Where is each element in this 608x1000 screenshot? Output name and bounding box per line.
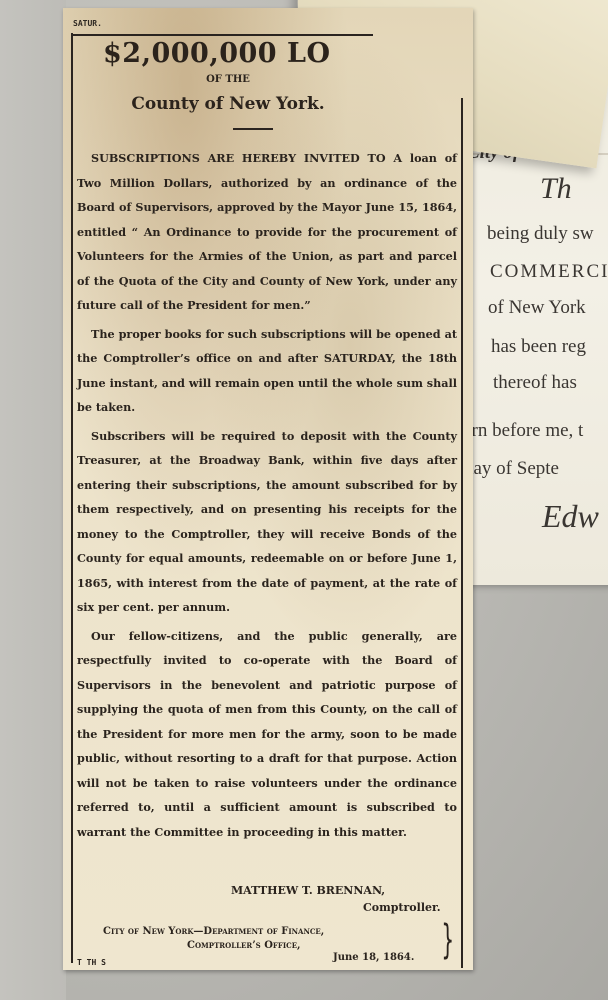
- certificate-handwritten-name: Th: [540, 172, 572, 206]
- top-rule: [73, 34, 373, 36]
- subhead: OF THE: [63, 74, 393, 85]
- paragraph-subscribers: Subscribers will be required to deposit …: [77, 424, 457, 620]
- newspaper-clipping: SATUR. $2,000,000 LO OF THE County of Ne…: [63, 8, 473, 970]
- headline: $2,000,000 LO: [103, 38, 331, 69]
- office-line-department: City of New York—Department of Finance,: [103, 926, 324, 937]
- footer-code: T TH S: [77, 958, 106, 967]
- certificate-sworn-line: being duly sw: [487, 223, 594, 245]
- certificate-day-of-line: day of Septe: [464, 458, 559, 480]
- short-rule: [233, 128, 273, 130]
- certificate-sworn-before-line: orn before me, t: [462, 420, 583, 442]
- paragraph-proper-books: The proper books for such subscriptions …: [77, 322, 457, 420]
- certificate-registered-line: has been reg: [491, 336, 586, 358]
- office-date: June 18, 1864.: [333, 952, 414, 963]
- signature-name: MATTHEW T. BRENNAN,: [231, 884, 385, 897]
- certificate-signature: Edw: [542, 498, 599, 535]
- background-wall-left: [0, 0, 66, 1000]
- signature-title: Comptroller.: [363, 901, 441, 914]
- county-title: County of New York.: [63, 94, 393, 114]
- column-rule-right: [461, 98, 463, 968]
- office-line-comptroller: Comptroller’s Office,: [187, 940, 301, 951]
- brace-glyph: }: [441, 920, 454, 960]
- paragraph-fellow-citizens: Our fellow-citizens, and the public gene…: [77, 624, 457, 845]
- paragraph-subscriptions: SUBSCRIPTIONS ARE HEREBY INVITED TO A lo…: [77, 146, 457, 318]
- column-rule-left: [71, 33, 73, 963]
- certificate-thereof-line: thereof has: [493, 372, 577, 394]
- clipping-dateline: SATUR.: [73, 19, 102, 28]
- article-body: SUBSCRIPTIONS ARE HEREBY INVITED TO A lo…: [77, 146, 457, 848]
- certificate-commercial-line: COMMERCI: [490, 261, 608, 283]
- certificate-newyork-line: of New York: [488, 297, 586, 319]
